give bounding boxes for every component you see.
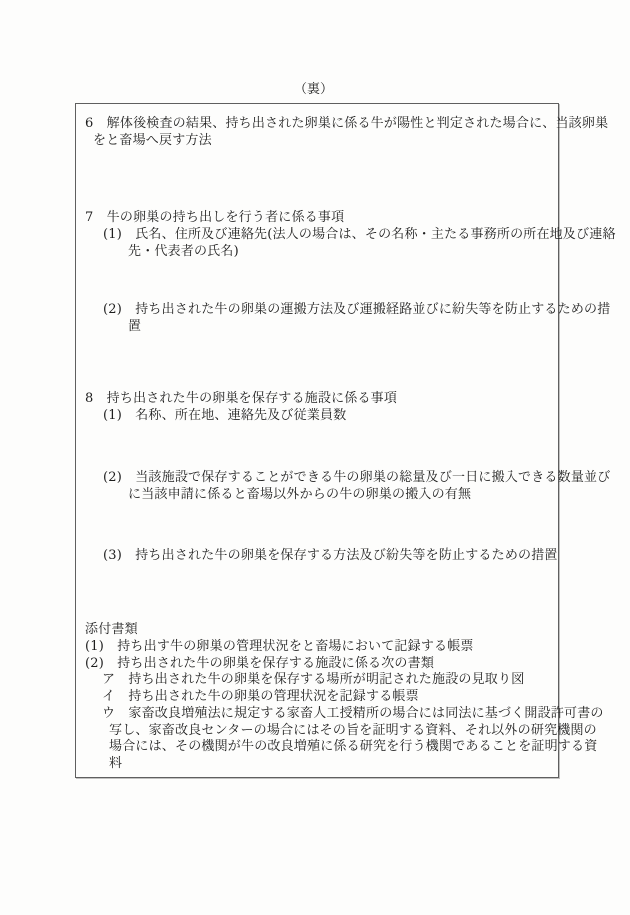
attachments-item-1: (1) 持ち出す牛の卵巣の管理状況をと畜場において記録する帳票 [85,640,474,653]
item-6-line-2: をと畜場へ戻す方法 [93,134,212,147]
item-7-line-1: 7 牛の卵巣の持ち出しを行う者に係る事項 [85,211,344,224]
item-8-sub-2-line-2: に当該申請に係ると畜場以外からの牛の卵巣の搬入の有無 [128,488,471,501]
item-7-sub-1-line-2: 先・代表者の氏名) [128,245,239,258]
attachments-item-2: (2) 持ち出された牛の卵巣を保存する施設に係る次の書類 [85,657,434,670]
attachments-item-2-i: イ 持ち出された牛の卵巣の管理状況を記録する帳票 [102,690,419,703]
attachments-item-2-u-line-4: 料 [109,757,122,770]
item-7-sub-2-line-2: 置 [128,320,141,333]
attachments-item-2-u-line-3: 場合には、その機関が牛の改良増殖に係る研究を行う機関であることを証明する資 [109,740,597,753]
item-8-line-1: 8 持ち出された牛の卵巣を保存する施設に係る事項 [85,392,397,405]
item-7-sub-2-line-1: (2) 持ち出された牛の卵巣の運搬方法及び運搬経路並びに紛失等を防止するための措 [103,303,610,316]
attachments-item-2-a: ア 持ち出された牛の卵巣を保存する場所が明記された施設の見取り図 [102,673,524,686]
item-7-sub-1-line-1: (1) 氏名、住所及び連絡先(法人の場合は、その名称・主たる事務所の所在地及び連… [103,228,616,241]
item-8-sub-2-line-1: (2) 当該施設で保存することができる牛の卵巣の総量及び一日に搬入できる数量並び [103,471,610,484]
attachments-item-2-u-line-1: ウ 家畜改良増殖法に規定する家畜人工授精所の場合には同法に基づく開設許可書の [102,707,604,720]
attachments-item-2-u-line-2: 写し、家畜改良センターの場合にはその旨を証明する資料、それ以外の研究機関の [109,724,597,737]
attachments-heading: 添付書類 [85,623,138,636]
item-8-sub-3-line-1: (3) 持ち出された牛の卵巣を保存する方法及び紛失等を防止するための措置 [103,549,558,562]
item-6-line-1: 6 解体後検査の結果、持ち出された卵巣に係る牛が陽性と判定された場合に、当該卵巣 [85,117,608,130]
item-8-sub-1-line-1: (1) 名称、所在地、連絡先及び従業員数 [103,409,346,422]
page-side-label: （裏） [294,83,333,96]
document-page: （裏） 6 解体後検査の結果、持ち出された卵巣に係る牛が陽性と判定された場合に、… [0,0,630,915]
